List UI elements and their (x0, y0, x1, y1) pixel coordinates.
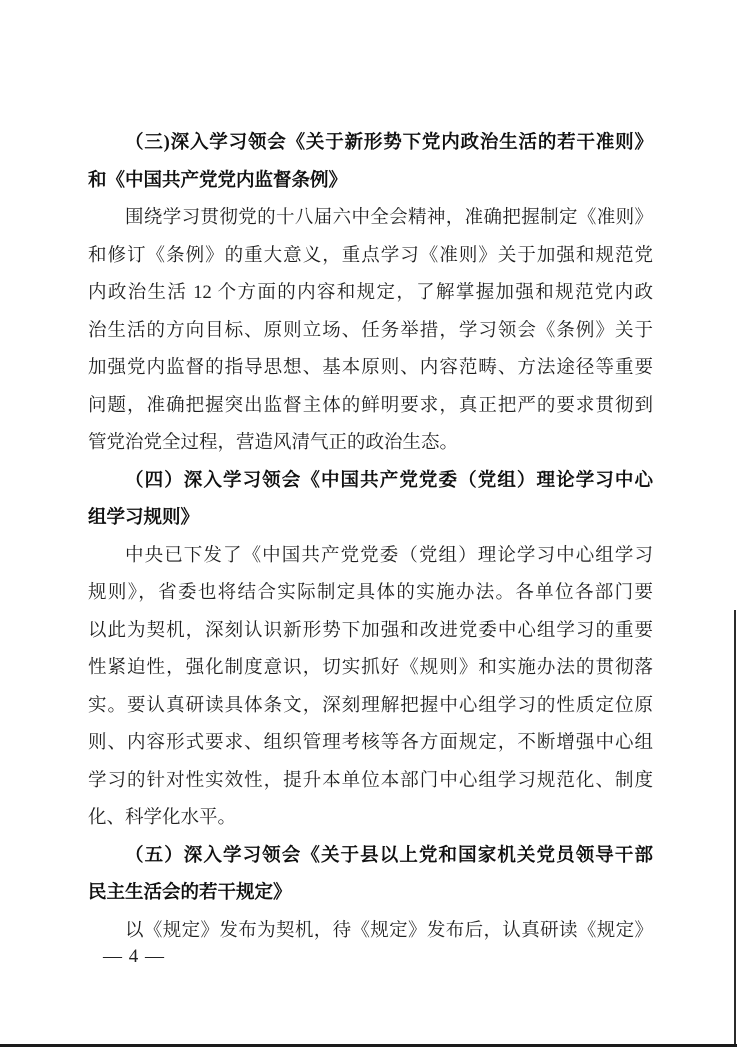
scan-edge-bottom-line (0, 1044, 737, 1047)
text-line: 内政治生活 12 个方面的内容和规定，了解掌握加强和规范党内政 (88, 275, 653, 313)
page-number: — 4 — (103, 946, 165, 968)
text-line: 治生活的方向目标、原则立场、任务举措，学习领会《条例》关于 (88, 313, 653, 351)
document-page: （三)深入学习领会《关于新形势下党内政治生活的若干准则》和《中国共产党党内监督条… (0, 0, 737, 1050)
text-line: 问题，准确把握突出监督主体的鲜明要求，真正把严的要求贯彻到 (88, 388, 653, 426)
paragraph-block: 以《规定》发布为契机，待《规定》发布后，认真研读《规定》 (88, 913, 653, 951)
text-line: 和修订《条例》的重大意义，重点学习《准则》关于加强和规范党 (88, 238, 653, 276)
text-line: 和《中国共产党党内监督条例》 (88, 163, 653, 201)
heading-block: （五）深入学习领会《关于县以上党和国家机关党员领导干部民主生活会的若干规定》 (88, 838, 653, 913)
paragraph-block: 中央已下发了《中国共产党党委（党组）理论学习中心组学习规则》，省委也将结合实际制… (88, 538, 653, 838)
text-line: 组学习规则》 (88, 500, 653, 538)
scan-edge-right-line (734, 610, 736, 1044)
heading-block: （三)深入学习领会《关于新形势下党内政治生活的若干准则》和《中国共产党党内监督条… (88, 125, 653, 200)
text-line: 民主生活会的若干规定》 (88, 875, 653, 913)
text-line: 规则》，省委也将结合实际制定具体的实施办法。各单位各部门要 (88, 575, 653, 613)
text-line: 化、科学化水平。 (88, 800, 653, 838)
text-line: 以此为契机，深刻认识新形势下加强和改进党委中心组学习的重要 (88, 613, 653, 651)
document-body: （三)深入学习领会《关于新形势下党内政治生活的若干准则》和《中国共产党党内监督条… (88, 125, 653, 950)
text-line: 学习的针对性实效性，提升本单位本部门中心组学习规范化、制度 (88, 763, 653, 801)
text-line: 加强党内监督的指导思想、基本原则、内容范畴、方法途径等重要 (88, 350, 653, 388)
text-line: 围绕学习贯彻党的十八届六中全会精神，准确把握制定《准则》 (88, 200, 653, 238)
text-line: 性紧迫性，强化制度意识，切实抓好《规则》和实施办法的贯彻落 (88, 650, 653, 688)
text-line: （五）深入学习领会《关于县以上党和国家机关党员领导干部 (88, 838, 653, 876)
heading-block: （四）深入学习领会《中国共产党党委（党组）理论学习中心组学习规则》 (88, 463, 653, 538)
paragraph-block: 围绕学习贯彻党的十八届六中全会精神，准确把握制定《准则》和修订《条例》的重大意义… (88, 200, 653, 463)
text-line: （三)深入学习领会《关于新形势下党内政治生活的若干准则》 (88, 125, 653, 163)
text-line: 管党治党全过程，营造风清气正的政治生态。 (88, 425, 653, 463)
text-line: （四）深入学习领会《中国共产党党委（党组）理论学习中心 (88, 463, 653, 501)
text-line: 实。要认真研读具体条文，深刻理解把握中心组学习的性质定位原 (88, 688, 653, 726)
text-line: 以《规定》发布为契机，待《规定》发布后，认真研读《规定》 (88, 913, 653, 951)
text-line: 中央已下发了《中国共产党党委（党组）理论学习中心组学习 (88, 538, 653, 576)
text-line: 则、内容形式要求、组织管理考核等各方面规定，不断增强中心组 (88, 725, 653, 763)
